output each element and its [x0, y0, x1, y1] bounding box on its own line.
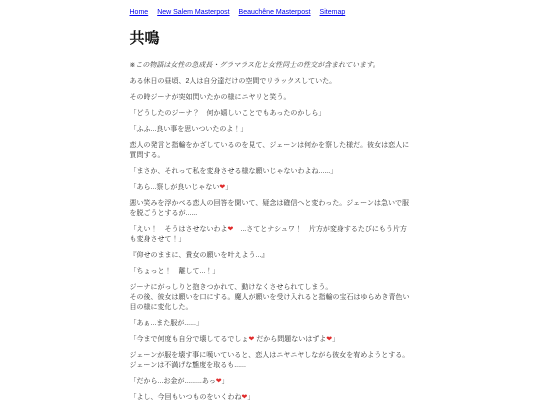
story-paragraph: 「まさか、それって私を変身させる様な願いじゃないわよね......」 — [130, 167, 411, 177]
nav-link-sitemap[interactable]: Sitemap — [320, 8, 346, 18]
story-paragraph: その時ジーナが突如閃いたかの様にニヤリと笑う。 — [130, 93, 411, 103]
story-paragraph: 「ふふ...良い事を思いついたのよ！」 — [130, 125, 411, 135]
heart-icon: ❤ — [326, 336, 332, 343]
heart-icon: ❤ — [228, 226, 234, 233]
nav-link-beauchene-masterpost[interactable]: Beauchêne Masterpost — [239, 8, 311, 18]
content-warning-note: ※この物語は女性の急成長・グラマラス化と女性同士の性交が含まれています。 — [130, 61, 411, 71]
story-paragraph: 「えい！ そうはさせないわよ❤ ...さてとナシュワ！ 片方が変身するたびにもう… — [130, 225, 411, 245]
page-title: 共鳴 — [130, 30, 411, 47]
story-paragraph: ある休日の昼頃、2人は自分達だけの空間でリラックスしていた。 — [130, 77, 411, 87]
story-paragraph: ジーナにがっしりと抱きつかれて、動けなくさせられてしまう。 その後、彼女は願いを… — [130, 283, 411, 313]
story-paragraph: 「だから...お金が.........あっ❤」 — [130, 377, 411, 387]
story-paragraph: 「どうしたのジーナ？ 何か嬉しいことでもあったのかしら」 — [130, 109, 411, 119]
heart-icon: ❤ — [242, 394, 248, 401]
story-paragraph: 悪い笑みを浮かべる恋人の回答を聞いて、疑念は確信へと変わった。ジェーンは急いで服… — [130, 199, 411, 219]
heart-icon: ❤ — [216, 378, 222, 385]
top-navigation: Home New Salem Masterpost Beauchêne Mast… — [130, 8, 411, 18]
story-paragraph: ジェーンが服を壊す事に嘆いていると、恋人はニヤニヤしながら彼女を宥めようとする。… — [130, 351, 411, 371]
heart-icon: ❤ — [248, 336, 254, 343]
story-paragraph: 「今まで何度も自分で壊してるでしょ❤ だから問題ないはずよ❤」 — [130, 335, 411, 345]
story-paragraph: 恋人の発言と指輪をかざしているのを見て、ジェーンは何かを察した様だ。彼女は恋人に… — [130, 141, 411, 161]
story-paragraph: 「あら...察しが良いじゃない❤」 — [130, 183, 411, 193]
story-paragraph: 「あぁ...また服が......」 — [130, 319, 411, 329]
nav-link-home[interactable]: Home — [130, 8, 149, 18]
story-paragraph: 「ちょっと！ 離して...！」 — [130, 267, 411, 277]
page-content: Home New Salem Masterpost Beauchêne Mast… — [130, 0, 411, 403]
story-paragraph: 『仰せのままに、貴女の願いを叶えよう...』 — [130, 251, 411, 261]
story-paragraph: 「よし、今回もいつものをいくわね❤」 — [130, 393, 411, 403]
nav-link-new-salem-masterpost[interactable]: New Salem Masterpost — [157, 8, 229, 18]
story-body: ※この物語は女性の急成長・グラマラス化と女性同士の性交が含まれています。 ある休… — [130, 61, 411, 403]
heart-icon: ❤ — [219, 184, 225, 191]
